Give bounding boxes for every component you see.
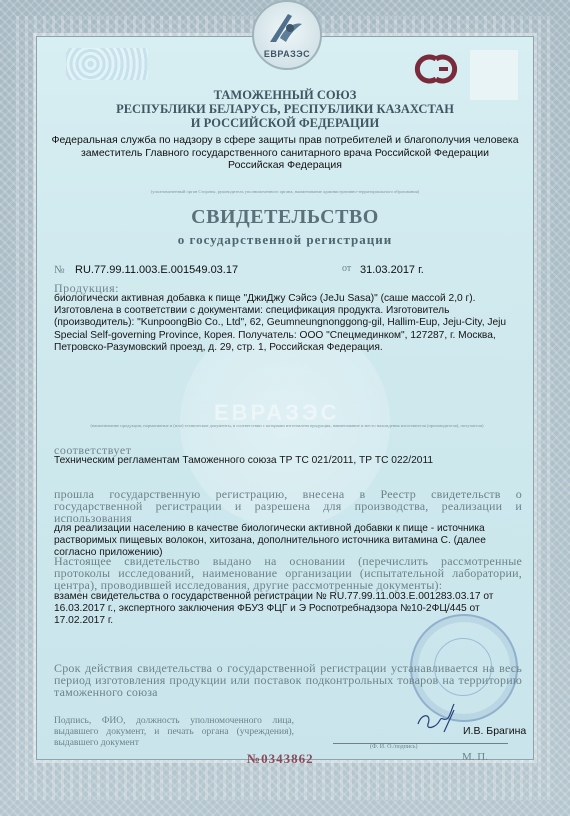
union-title-line: РЕСПУБЛИКИ БЕЛАРУСЬ, РЕСПУБЛИКИ КАЗАХСТА… xyxy=(40,102,530,116)
certificate-number: RU.77.99.11.003.E.001549.03.17 xyxy=(75,264,238,276)
eurasec-emblem-icon: ЕВРАЗЭС xyxy=(252,0,322,70)
signature-label: Подпись, ФИО, должность уполномоченного … xyxy=(54,716,294,749)
signature-line xyxy=(333,743,508,744)
registration-statement: прошла государственную регистрацию, внес… xyxy=(54,488,522,524)
basis-statement: Настоящее свидетельство выдано на основа… xyxy=(54,555,522,591)
signature-caption: (Ф. И. О./подпись) xyxy=(370,744,417,750)
number-label: № xyxy=(54,264,65,276)
product-label: Продукция: xyxy=(54,283,522,293)
emblem-text: ЕВРАЗЭС xyxy=(254,49,320,59)
authority-caption: (уполномоченный орган Стороны, руководит… xyxy=(64,189,506,194)
agency-line: заместитель Главного государственного са… xyxy=(40,147,530,160)
agency-line: Российская Федерация xyxy=(40,159,530,172)
compliance-section: соответствует Техническим регламентам Та… xyxy=(54,446,522,467)
certificate-title: СВИДЕТЕЛЬСТВО xyxy=(0,206,570,229)
signature-icon xyxy=(414,702,460,741)
product-section: Продукция: биологически активная добавка… xyxy=(54,283,522,354)
union-title-line: И РОССИЙСКОЙ ФЕДЕРАЦИИ xyxy=(40,116,530,130)
compliance-text: Техническим регламентам Таможенного союз… xyxy=(54,455,522,467)
certificate-subtitle: о государственной регистрации xyxy=(0,232,570,248)
serial-number: №0343862 xyxy=(247,751,314,767)
validity-text: Срок действия свидетельства о государств… xyxy=(54,662,522,698)
product-text: биологически активная добавка к пище "Дж… xyxy=(54,293,522,354)
se-mark-icon xyxy=(412,52,462,91)
issuing-agency: Федеральная служба по надзору в сфере за… xyxy=(40,134,530,172)
product-caption: (наименование продукции, нормативные и (… xyxy=(54,423,520,428)
date-label: от xyxy=(342,263,351,274)
certificate-page: ЕВРАЗЭС ЕВРАЗЭС ТАМОЖЕННЫЙ СОЮЗ РЕСПУБЛИ… xyxy=(0,0,570,816)
agency-line: Федеральная служба по надзору в сфере за… xyxy=(40,134,530,147)
union-title-line: ТАМОЖЕННЫЙ СОЮЗ xyxy=(40,88,530,102)
seal-placement-label: М. П. xyxy=(462,751,488,763)
union-title: ТАМОЖЕННЫЙ СОЮЗ РЕСПУБЛИКИ БЕЛАРУСЬ, РЕС… xyxy=(40,88,530,130)
hologram-icon xyxy=(66,48,148,80)
signer-name: И.В. Брагина xyxy=(463,725,526,737)
compliance-label: соответствует xyxy=(54,446,522,455)
certificate-date: 31.03.2017 г. xyxy=(360,264,424,276)
